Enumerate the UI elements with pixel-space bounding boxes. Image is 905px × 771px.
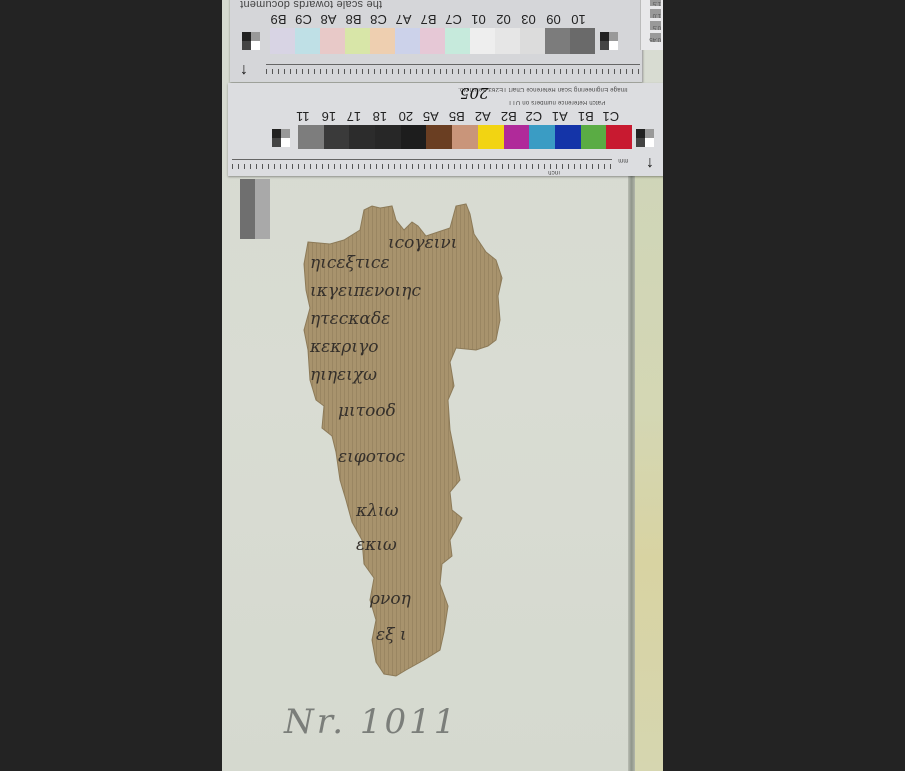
color-patch bbox=[395, 28, 420, 54]
target-caption: the scale towards document bbox=[240, 0, 382, 10]
color-patch bbox=[401, 125, 427, 149]
color-patch bbox=[420, 28, 445, 54]
papyrus-text-line: κεκριγο bbox=[309, 337, 378, 357]
patch-label: C1 bbox=[598, 109, 624, 124]
target-caption-2: Patch Reference numbers on UTT bbox=[508, 99, 605, 105]
papyrus-text-line: μιτοοδ bbox=[338, 401, 396, 421]
papyrus-text-line: ρνοη bbox=[369, 589, 412, 609]
color-patch bbox=[606, 125, 632, 149]
patch-label: A1 bbox=[547, 109, 573, 124]
step-tab: 1.5 bbox=[643, 0, 661, 6]
gray-mini-grid bbox=[636, 129, 654, 147]
sample-number: 205 bbox=[460, 84, 489, 102]
color-patch bbox=[529, 125, 555, 149]
step-tab: 0.45 bbox=[643, 33, 661, 42]
color-patch bbox=[581, 125, 607, 149]
gray-mini-grid bbox=[600, 32, 618, 50]
papyrus-text-line: εκιω bbox=[356, 535, 397, 555]
papyrus-text-line: ηιcεξτιcε bbox=[310, 253, 390, 273]
color-patch bbox=[570, 28, 595, 54]
patch-label: B1 bbox=[573, 109, 599, 124]
color-patch bbox=[545, 28, 570, 54]
top-color-swatches bbox=[270, 28, 595, 54]
papyrus-text-line: ηιηειχω bbox=[310, 365, 377, 385]
patch-label: 16 bbox=[316, 109, 342, 124]
image-viewer: the scale towards document B9C9A8B8C8A7B… bbox=[0, 0, 905, 771]
patch-label: A2 bbox=[470, 109, 496, 124]
papyrus-fragment: ιcoγεινιηιcεξτιcεικγειπενοιηcητεcκαδεκεκ… bbox=[300, 200, 530, 690]
arrow-down-icon: ↓ bbox=[240, 62, 248, 78]
color-patch bbox=[478, 125, 504, 149]
top-patch-labels: B9C9A8B8C8A7B7C70102030910 bbox=[266, 12, 591, 27]
patch-label: B8 bbox=[341, 12, 366, 27]
patch-label: 18 bbox=[367, 109, 393, 124]
patch-label: 09 bbox=[541, 12, 566, 27]
patch-label: 10 bbox=[566, 12, 591, 27]
gray-mini-grid bbox=[272, 129, 290, 147]
patch-label: A7 bbox=[391, 12, 416, 27]
color-patch bbox=[445, 28, 470, 54]
color-patch bbox=[295, 28, 320, 54]
ruler-unit-mm: mm bbox=[618, 157, 628, 163]
color-patch bbox=[345, 28, 370, 54]
papyrus-text-line: ειφοτοc bbox=[338, 447, 406, 467]
patch-label: A8 bbox=[316, 12, 341, 27]
color-patch bbox=[520, 28, 545, 54]
step-tab: 0.5 bbox=[643, 21, 661, 30]
patch-label: B7 bbox=[416, 12, 441, 27]
gray-step-wedge bbox=[240, 179, 270, 239]
color-patch bbox=[349, 125, 375, 149]
papyrus-text-line: ιcoγεινι bbox=[388, 233, 457, 253]
bottom-patch-labels: 1116171820A5B5A2B2C2A1B1C1 bbox=[290, 109, 624, 124]
papyrus-text-line: ικγειπενοιηc bbox=[310, 281, 421, 301]
patch-label: 11 bbox=[290, 109, 316, 124]
color-calibration-target-top: the scale towards document B9C9A8B8C8A7B… bbox=[230, 0, 643, 82]
patch-label: 17 bbox=[341, 109, 367, 124]
ruler-unit-inch: inch bbox=[548, 169, 560, 175]
gray-mini-grid bbox=[242, 32, 260, 50]
patch-label: B9 bbox=[266, 12, 291, 27]
inventory-number-annotation: Nr. 1011 bbox=[284, 702, 458, 742]
color-calibration-target-bottom: Image Engineering Scan Reference Chart T… bbox=[228, 83, 663, 176]
bottom-color-swatches bbox=[298, 125, 632, 149]
density-step-tabs: 1.5 1.0 0.5 0.45 bbox=[640, 0, 663, 50]
color-patch bbox=[324, 125, 350, 149]
papyrus-text-line: κλιω bbox=[355, 501, 399, 521]
side-strip bbox=[635, 170, 663, 771]
step-tab: 1.0 bbox=[643, 9, 661, 18]
patch-label: C8 bbox=[366, 12, 391, 27]
color-patch bbox=[320, 28, 345, 54]
color-patch bbox=[426, 125, 452, 149]
color-patch bbox=[555, 125, 581, 149]
color-patch bbox=[470, 28, 495, 54]
color-patch bbox=[504, 125, 530, 149]
patch-label: 03 bbox=[516, 12, 541, 27]
patch-label: C2 bbox=[521, 109, 547, 124]
color-patch bbox=[298, 125, 324, 149]
patch-label: A5 bbox=[418, 109, 444, 124]
color-patch bbox=[495, 28, 520, 54]
patch-label: 01 bbox=[466, 12, 491, 27]
ruler-scale bbox=[266, 64, 640, 77]
papyrus-text-line: εξ ι bbox=[376, 625, 407, 645]
patch-label: B5 bbox=[444, 109, 470, 124]
color-patch bbox=[452, 125, 478, 149]
color-patch bbox=[375, 125, 401, 149]
patch-label: C9 bbox=[291, 12, 316, 27]
patch-label: B2 bbox=[496, 109, 522, 124]
color-patch bbox=[370, 28, 395, 54]
patch-label: 20 bbox=[393, 109, 419, 124]
patch-label: 02 bbox=[491, 12, 516, 27]
color-patch bbox=[270, 28, 295, 54]
papyrus-photograph: the scale towards document B9C9A8B8C8A7B… bbox=[222, 0, 663, 771]
arrow-down-icon: ↓ bbox=[646, 155, 654, 171]
papyrus-text-line: ητεcκαδε bbox=[310, 309, 390, 329]
patch-label: C7 bbox=[441, 12, 466, 27]
mount-edge bbox=[628, 170, 635, 771]
